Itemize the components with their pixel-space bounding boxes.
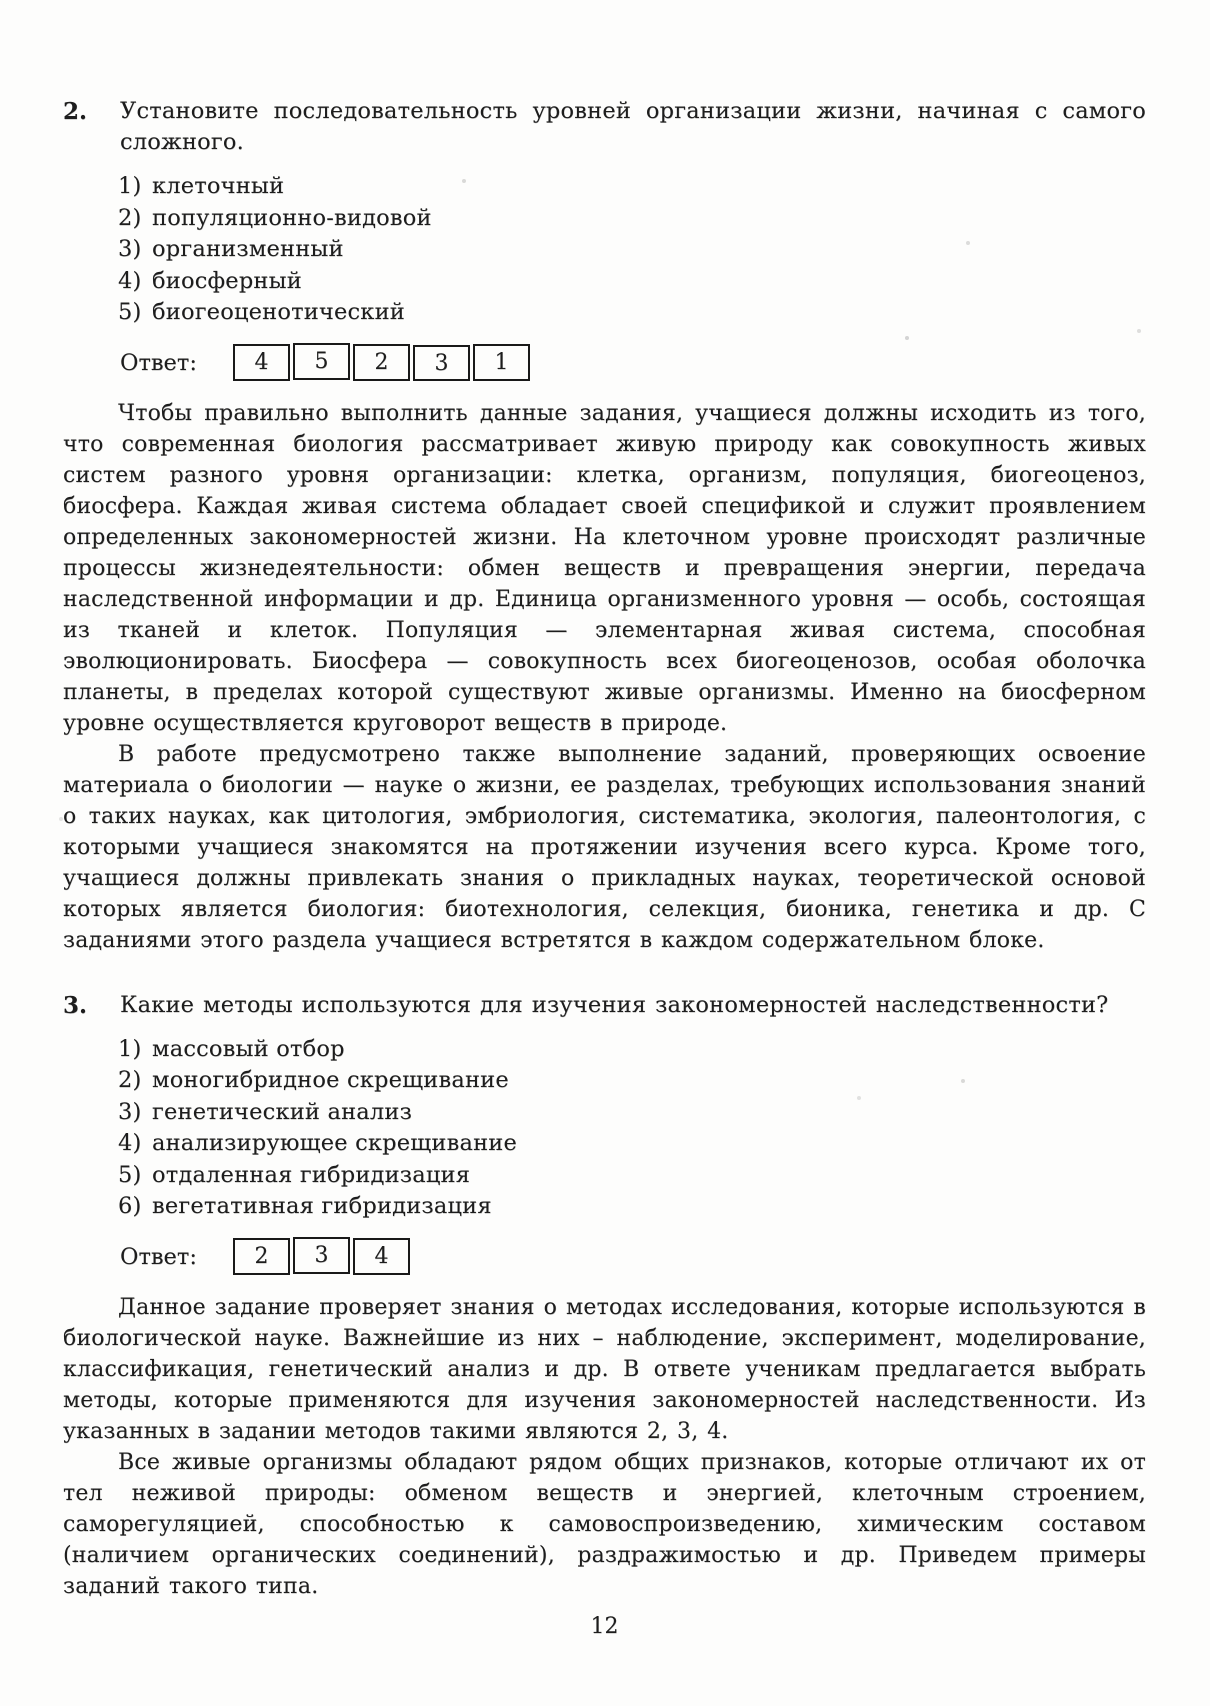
question-3-head: 3. Какие методы используются для изучени… [63,990,1146,1021]
answer-cell: 3 [413,345,470,381]
question-2-section: 2. Установите последовательность уровней… [63,96,1146,384]
page-number: 12 [63,1614,1146,1639]
option-number: 2) [118,1065,152,1097]
answer-cells-row: 2 3 4 [233,1238,410,1275]
answer-cell: 2 [233,1238,290,1275]
answer-label: Ответ: [120,1244,233,1270]
answer-label: Ответ: [120,350,233,376]
option-number: 6) [118,1191,152,1223]
answer-cell: 4 [233,344,290,381]
option-label: анализирующее скрещивание [152,1130,517,1156]
answer-cell: 3 [293,1237,350,1274]
question-3-answer-row: Ответ: 2 3 4 [120,1236,1146,1278]
answer-cell: 4 [353,1238,410,1275]
option-row: 2)моногибридное скрещивание [63,1065,1146,1097]
option-number: 3) [118,234,152,266]
option-label: отдаленная гибридизация [152,1162,470,1188]
scan-specks [0,0,2,2]
answer-cells-row: 4 5 2 3 1 [233,344,530,381]
option-label: биогеоценотический [152,299,405,325]
option-number: 1) [118,171,152,203]
question-3-text: Какие методы используются для изучения з… [120,990,1146,1021]
option-row: 3)организменный [63,234,1146,266]
option-label: биосферный [152,268,302,294]
question-2-text: Установите последовательность уровней ор… [120,96,1146,158]
option-row: 6)вегетативная гибридизация [63,1191,1146,1223]
question-3-options: 1)массовый отбор 2)моногибридное скрещив… [63,1034,1146,1223]
option-row: 4)анализирующее скрещивание [63,1128,1146,1160]
option-label: генетический анализ [152,1099,412,1125]
option-label: клеточный [152,173,284,199]
commentary-paragraph: В работе предусмотрено также выполнение … [63,739,1146,956]
document-page: 2. Установите последовательность уровней… [0,0,1210,1706]
question-3-number: 3. [63,990,120,1021]
question-3-section: 3. Какие методы используются для изучени… [63,990,1146,1278]
option-number: 5) [118,1160,152,1192]
option-number: 5) [118,297,152,329]
option-row: 4)биосферный [63,266,1146,298]
option-row: 1)массовый отбор [63,1034,1146,1066]
option-label: моногибридное скрещивание [152,1067,509,1093]
question-2-number: 2. [63,96,120,158]
question-2-options: 1)клеточный 2)популяционно-видовой 3)орг… [63,171,1146,329]
option-row: 5)отдаленная гибридизация [63,1160,1146,1192]
option-number: 3) [118,1097,152,1129]
option-number: 1) [118,1034,152,1066]
option-label: организменный [152,236,344,262]
option-label: массовый отбор [152,1036,345,1062]
answer-cell: 2 [353,344,410,381]
commentary-paragraph: Все живые организмы обладают рядом общих… [63,1447,1146,1602]
question-2-head: 2. Установите последовательность уровней… [63,96,1146,158]
question-2-answer-row: Ответ: 4 5 2 3 1 [120,342,1146,384]
option-number: 4) [118,1128,152,1160]
option-row: 1)клеточный [63,171,1146,203]
commentary-paragraph: Данное задание проверяет знания о метода… [63,1292,1146,1447]
option-row: 3)генетический анализ [63,1097,1146,1129]
option-number: 2) [118,203,152,235]
answer-cell: 5 [293,343,350,380]
option-label: вегетативная гибридизация [152,1193,492,1219]
option-number: 4) [118,266,152,298]
option-row: 5)биогеоценотический [63,297,1146,329]
option-row: 2)популяционно-видовой [63,203,1146,235]
option-label: популяционно-видовой [152,205,432,231]
answer-cell: 1 [473,344,530,381]
commentary-paragraph: Чтобы правильно выполнить данные задания… [63,398,1146,739]
